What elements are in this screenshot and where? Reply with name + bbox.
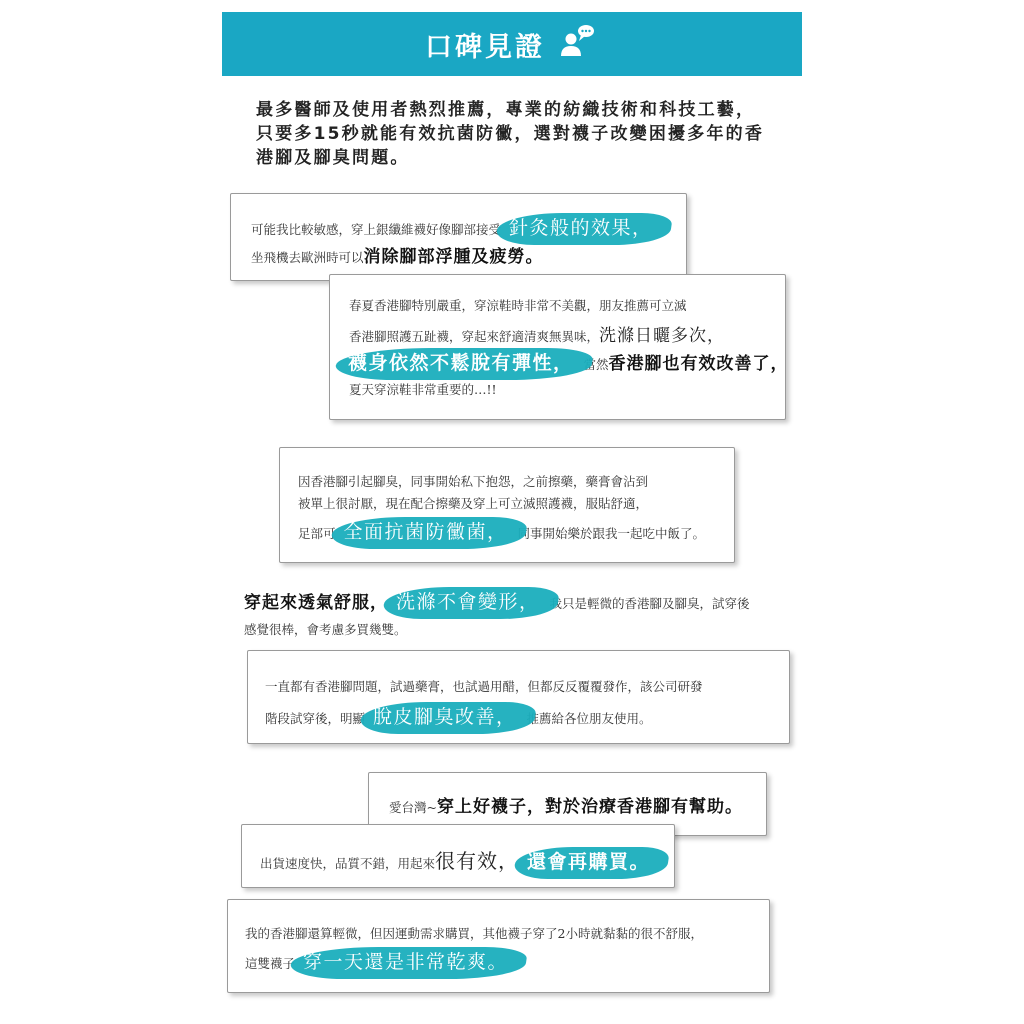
testimonial-text: 可能我比較敏感，穿上銀纖維襪好像腳部接受: [251, 222, 501, 237]
testimonial-text: 這雙襪子: [245, 956, 295, 971]
testimonial-line: 坐飛機去歐洲時可以消除腳部浮腫及疲勞。: [251, 242, 544, 267]
testimonial-line: 春夏香港腳特別嚴重，穿涼鞋時非常不美觀，朋友推薦可立滅: [349, 296, 687, 314]
testimonial-card-3: 因香港腳引起腳臭，同事開始私下抱怨，之前擦藥，藥膏會沾到 被單上很討厭，現在配合…: [279, 447, 735, 563]
highlight-phrase: 脫皮腳臭改善，: [365, 701, 527, 732]
testimonial-text: 階段試穿後，明顯: [265, 711, 365, 726]
testimonial-text: 我的香港腳還算輕微，但因運動需求購買，其他襪子穿了2小時就黏黏的很不舒服，: [245, 926, 703, 941]
testimonial-card-8: 我的香港腳還算輕微，但因運動需求購買，其他襪子穿了2小時就黏黏的很不舒服， 這雙…: [227, 899, 770, 993]
testimonial-line: 我的香港腳還算輕微，但因運動需求購買，其他襪子穿了2小時就黏黏的很不舒服，: [245, 924, 703, 942]
testimonial-card-7: 出貨速度快，品質不錯，用起來很有效，還會再購買。: [241, 824, 675, 888]
intro-line: 只要多15秒就能有效抗菌防黴，選對襪子改變困擾多年的香: [256, 122, 776, 146]
testimonial-line: 足部可全面抗菌防黴菌，同事開始樂於跟我一起吃中飯了。: [298, 516, 705, 547]
testimonial-text: 我只是輕微的香港腳及腳臭，試穿後: [550, 596, 750, 611]
testimonial-text: 春夏香港腳特別嚴重，穿涼鞋時非常不美觀，朋友推薦可立滅: [349, 298, 687, 313]
testimonial-line: 因香港腳引起腳臭，同事開始私下抱怨，之前擦藥，藥膏會沾到: [298, 472, 648, 490]
emphasis-phrase: 穿起來透氣舒服，: [244, 593, 388, 613]
testimonial-text: 感覺很棒，會考慮多買幾雙。: [244, 622, 407, 637]
testimonial-text: 推薦給各位朋友使用。: [527, 711, 652, 726]
highlight-phrase: 穿一天還是非常乾爽。: [295, 946, 518, 977]
testimonial-line: 這雙襪子穿一天還是非常乾爽。: [245, 946, 518, 977]
testimonial-card-1: 可能我比較敏感，穿上銀纖維襪好像腳部接受針灸般的效果， 坐飛機去歐洲時可以消除腳…: [230, 193, 687, 281]
testimonial-line: 香港腳照護五趾襪，穿起來舒適清爽無異味，洗滌日曬多次，: [349, 321, 725, 346]
testimonial-line: 一直都有香港腳問題，試過藥膏，也試過用醋，但都反反覆覆發作，該公司研發: [265, 677, 703, 695]
user-chat-icon: [559, 22, 599, 62]
testimonial-line: 愛台灣~穿上好襪子，對於治療香港腳有幫助。: [389, 792, 743, 817]
header-banner: 口碑見證: [222, 12, 802, 76]
highlight-phrase: 全面抗菌防黴菌，: [336, 516, 518, 547]
testimonial-card-2: 春夏香港腳特別嚴重，穿涼鞋時非常不美觀，朋友推薦可立滅 香港腳照護五趾襪，穿起來…: [329, 274, 786, 420]
emphasis-phrase: 洗滌日曬多次，: [599, 326, 725, 346]
testimonial-text: 因香港腳引起腳臭，同事開始私下抱怨，之前擦藥，藥膏會沾到: [298, 474, 648, 489]
testimonial-text: 足部可: [298, 526, 336, 541]
testimonial-text: 愛台灣~: [389, 800, 437, 815]
testimonial-line: 出貨速度快，品質不錯，用起來很有效，還會再購買。: [260, 845, 660, 877]
intro-line: 最多醫師及使用者熱烈推薦，專業的紡織技術和科技工藝，: [256, 98, 776, 122]
intro-line: 港腳及腳臭問題。: [256, 146, 776, 170]
testimonial-line: 被單上很討厭，現在配合擦藥及穿上可立滅照護襪，服貼舒適，: [298, 494, 648, 512]
highlight-phrase: 針灸般的效果，: [501, 212, 663, 243]
page-title: 口碑見證: [425, 25, 545, 64]
testimonial-text: 同事開始樂於跟我一起吃中飯了。: [518, 526, 706, 541]
testimonial-4-line: 穿起來透氣舒服，洗滌不會變形，我只是輕微的香港腳及腳臭，試穿後: [244, 586, 750, 617]
highlight-phrase: 洗滌不會變形，: [388, 586, 550, 617]
emphasis-phrase: 消除腳部浮腫及疲勞。: [364, 247, 544, 267]
testimonial-text: 出貨速度快，品質不錯，用起來: [260, 856, 435, 871]
testimonial-4-line: 感覺很棒，會考慮多買幾雙。: [244, 620, 407, 638]
testimonial-text: 香港腳照護五趾襪，穿起來舒適清爽無異味，: [349, 329, 599, 344]
testimonial-line: 夏天穿涼鞋非常重要的…!!: [349, 380, 497, 398]
testimonial-line: 襪身依然不鬆脫有彈性，當然香港腳也有效改善了，: [340, 347, 789, 378]
emphasis-phrase: 穿上好襪子，對於治療香港腳有幫助。: [437, 797, 743, 817]
highlight-phrase: 還會再購買。: [519, 846, 660, 877]
testimonial-card-5: 一直都有香港腳問題，試過藥膏，也試過用醋，但都反反覆覆發作，該公司研發 階段試穿…: [247, 650, 790, 744]
testimonial-text: 坐飛機去歐洲時可以: [251, 250, 364, 265]
testimonial-text: 被單上很討厭，現在配合擦藥及穿上可立滅照護襪，服貼舒適，: [298, 496, 648, 511]
emphasis-phrase: 香港腳也有效改善了，: [609, 354, 789, 374]
testimonial-line: 階段試穿後，明顯脫皮腳臭改善，推薦給各位朋友使用。: [265, 701, 652, 732]
testimonial-line: 可能我比較敏感，穿上銀纖維襪好像腳部接受針灸般的效果，: [251, 212, 663, 243]
intro-text: 最多醫師及使用者熱烈推薦，專業的紡織技術和科技工藝， 只要多15秒就能有效抗菌防…: [256, 98, 776, 170]
highlight-phrase: 襪身依然不鬆脫有彈性，: [340, 347, 584, 378]
testimonial-text: 夏天穿涼鞋非常重要的…!!: [349, 382, 497, 397]
testimonial-text: 一直都有香港腳問題，試過藥膏，也試過用醋，但都反反覆覆發作，該公司研發: [265, 679, 703, 694]
emphasis-phrase: 很有效，: [435, 849, 519, 873]
